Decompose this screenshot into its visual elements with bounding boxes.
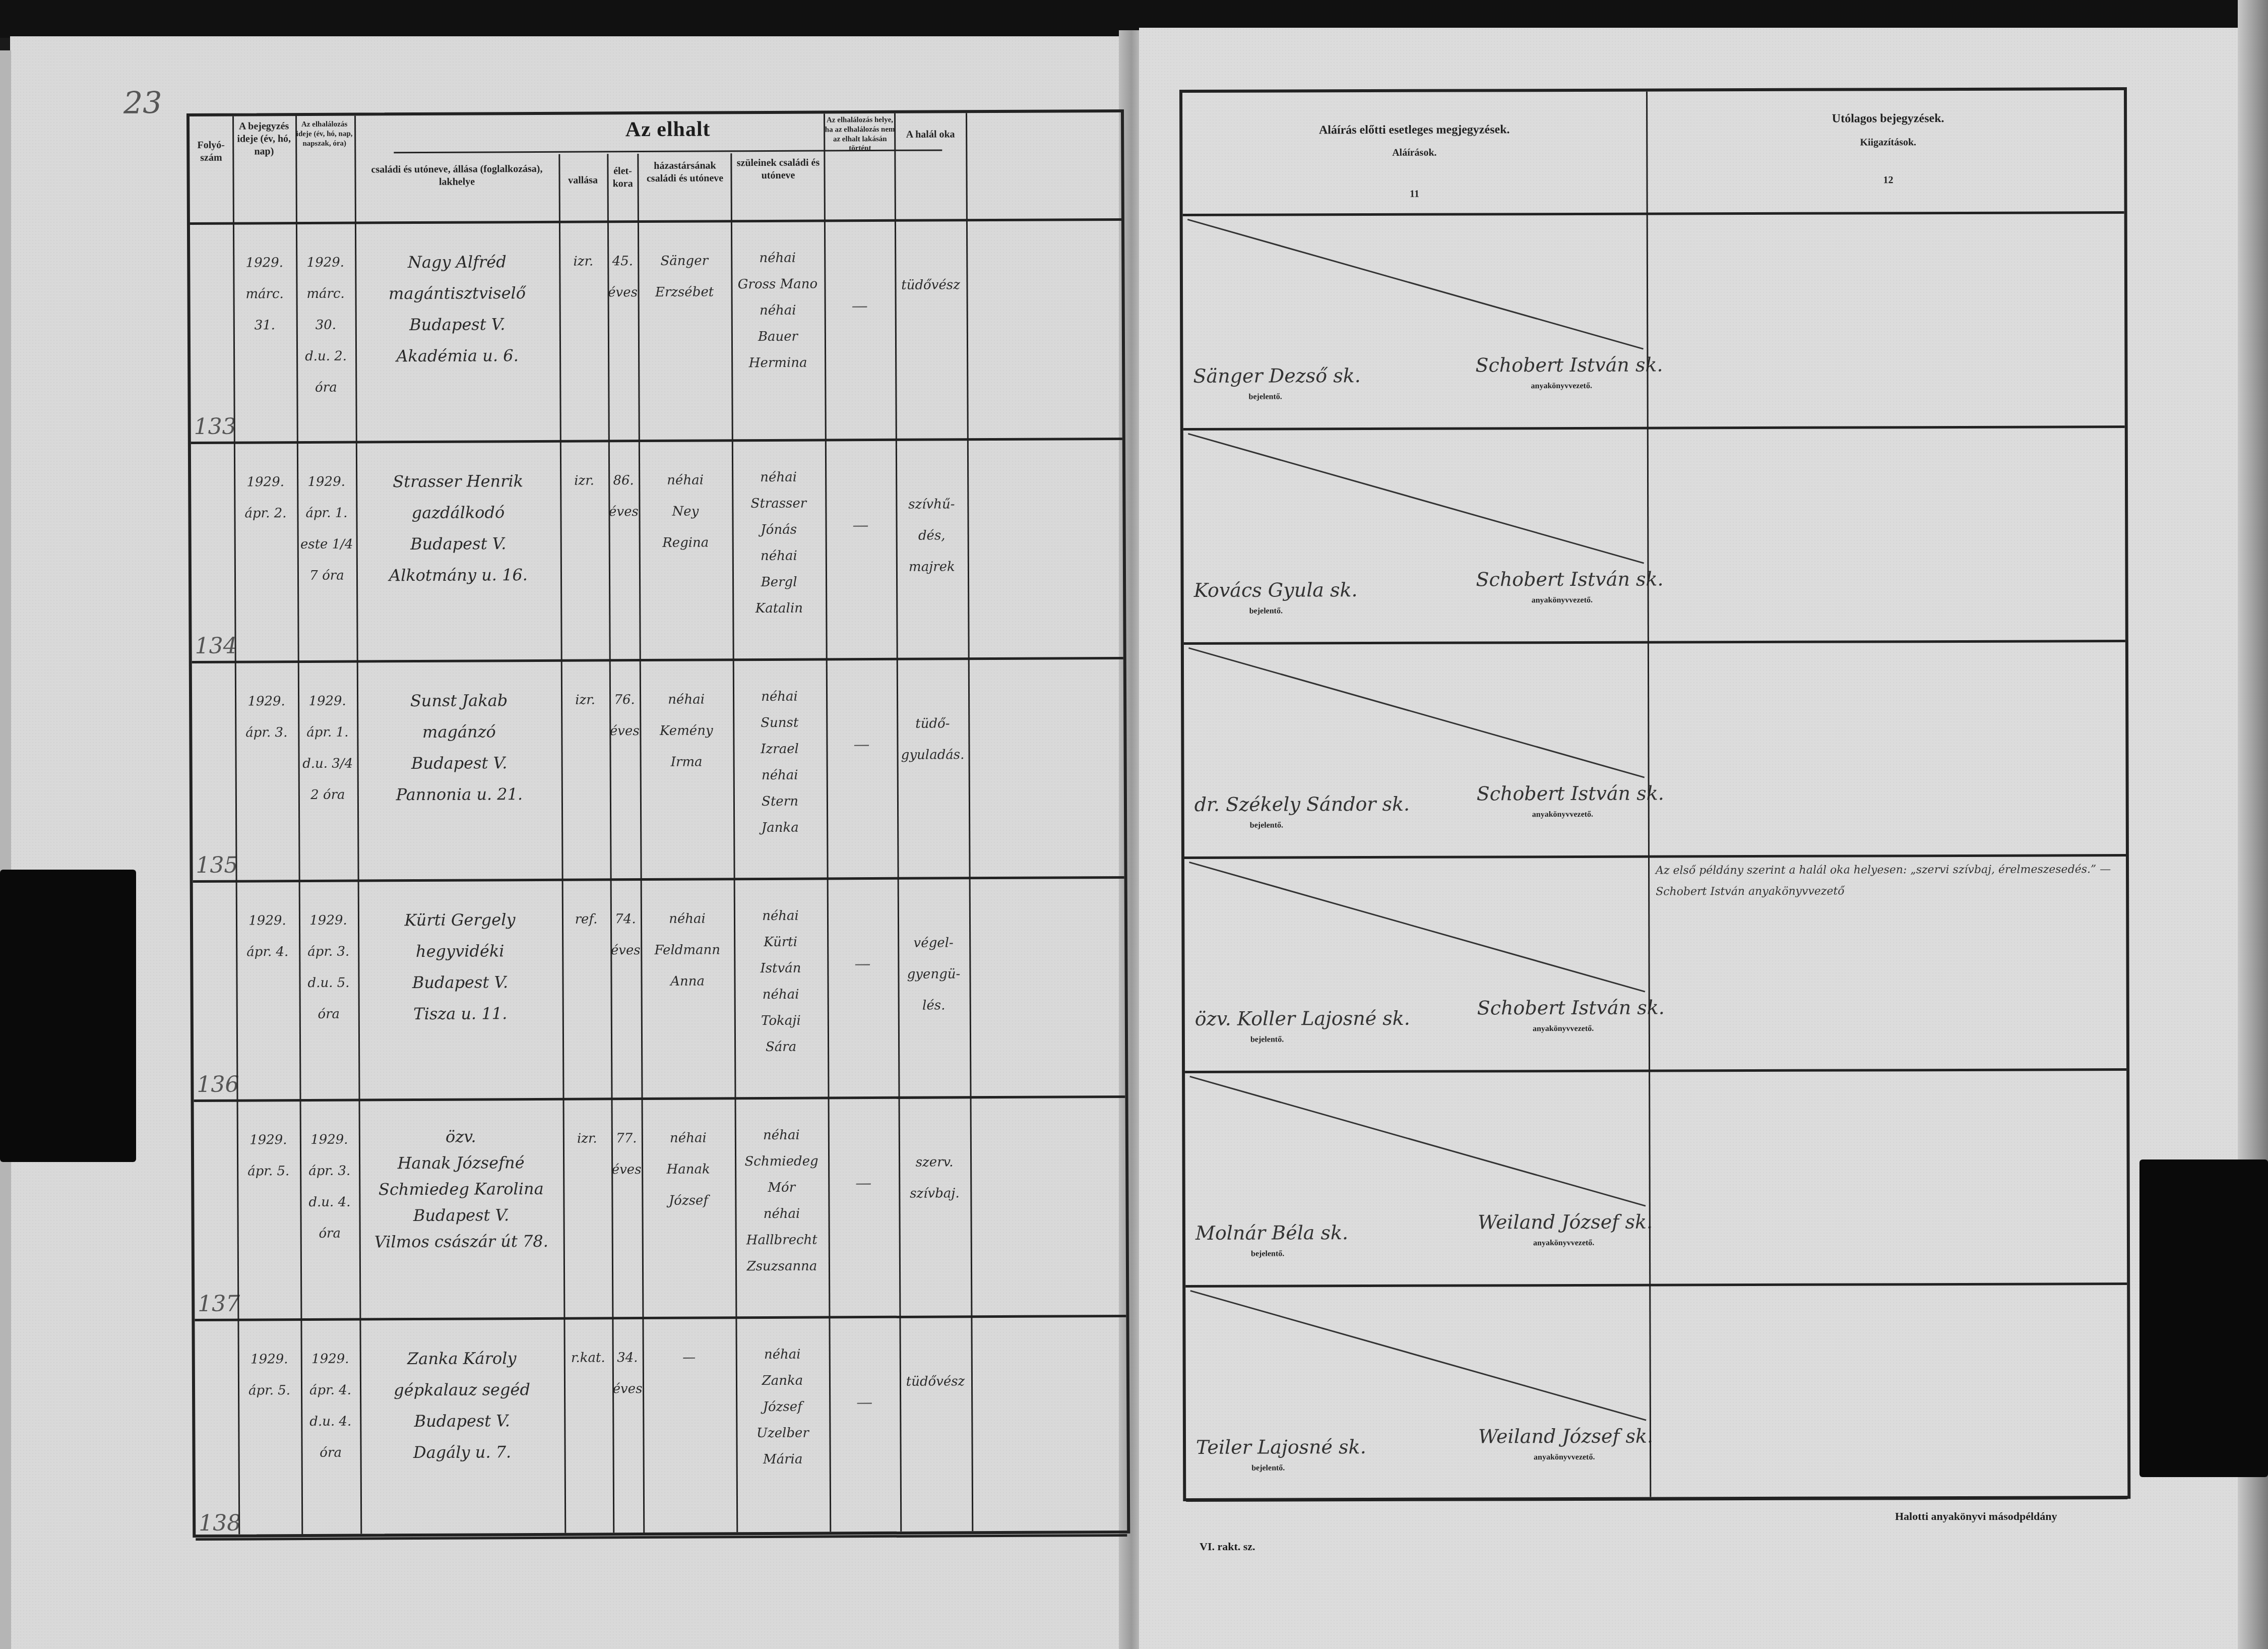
bookmark-ribbon-left [0,870,136,1162]
registrar-signature: Schobert István sk. [1477,782,1664,805]
cell-died: 1929.ápr. 3.d.u. 4.óra [300,1099,360,1319]
registrar-label: anyakönyvvezető. [1533,1239,1594,1248]
cell-parents: néhaiSunstIzraelnéhaiSternJanka [733,658,827,878]
registrar-label: anyakönyvvezető. [1532,810,1593,819]
cell-parents: néhaiKürtiIstvánnéhaiTokajiSára [734,877,828,1097]
page-number: 23 [123,86,162,121]
cell-parents: néhaiGross ManonéhaiBauerHermina [731,219,825,439]
cancellation-stroke [1188,647,1645,778]
registrar-signature: Schobert István sk. [1476,568,1663,590]
registrar-label: anyakönyvvezető. [1534,1453,1595,1462]
header-serial: Folyó-szám [190,139,232,164]
entry-serial-number: 137 [198,1291,240,1317]
cell-parents: néhaiStrasserJónásnéhaiBerglKatalin [732,439,826,658]
table-row: 1929.márc.31.1929.márc. 30.d.u. 2.óraNag… [190,218,1122,444]
cell-place-of-death: — [827,877,899,1097]
header-later-entries-sub: Kiigazítások. [1646,136,2130,150]
cell-age: 77.éves [611,1097,643,1317]
cell-registered: 1929.ápr. 4. [236,880,300,1100]
cancellation-stroke [1189,862,1645,993]
cancellation-stroke [1188,433,1644,564]
cell-deceased: özv.Hanak JózsefnéSchmiedeg KarolinaBuda… [359,1098,564,1318]
cell-died: 1929.ápr. 1.d.u. 3/42 óra [298,660,358,880]
entry-serial-number: 134 [195,633,237,659]
cell-registered: 1929.ápr. 3. [235,660,299,880]
cell-age: 76.éves [609,659,641,878]
cell-spouse: néhaiNeyRegina [639,439,733,659]
cancellation-stroke [1189,1076,1646,1207]
header-later-entries-title: Utólagos bejegyzések. [1646,110,2130,127]
later-entry-note: Az első példány szerint a halál oka hely… [1656,859,2119,902]
declarant-label: bejelentő. [1249,392,1282,401]
cell-age: 34.éves [612,1317,643,1536]
cell-age: 86.éves [608,440,640,659]
cell-registered: 1929.ápr. 2. [234,441,298,661]
registrar-signature: Weiland József sk. [1478,1425,1653,1448]
cell-registered: 1929.márc.31. [233,222,297,442]
declarant-label: bejelentő. [1251,1463,1285,1473]
signatures-table: Aláírás előtti esetleges megjegyzések. A… [1179,87,2130,1501]
cancellation-stroke [1187,219,1644,350]
cell-religion: izr. [560,440,609,659]
registrar-signature: Schobert István sk. [1475,353,1663,376]
cell-age: 74.éves [610,878,642,1097]
header-later-entries-num: 12 [1646,173,2130,188]
declarant-label: bejelentő. [1249,606,1283,616]
table-row: 1929.ápr. 4.1929.ápr. 3.d.u. 5.óraKürti … [193,876,1125,1102]
registrar-label: anyakönyvvezető. [1532,596,1593,605]
cell-deceased: Sunst JakabmagánzóBudapest V.Pannonia u.… [357,659,562,880]
cell-cause: végel-gyengü-lés. [898,877,970,1096]
header-remarks-title: Aláírás előtti esetleges megjegyzések. [1182,122,1646,138]
cell-died: 1929.ápr. 3.d.u. 5.óra [299,880,359,1100]
signature-row: Teiler Lajosné sk.bejelentő.Weiland Józs… [1185,1282,2127,1502]
header-cause: A halál oka [895,128,966,141]
declarant-label: bejelentő. [1250,821,1283,830]
declarant-signature: dr. Székely Sándor sk. [1194,793,1410,816]
cell-cause: szerv.szívbaj. [899,1096,971,1316]
book-edge-left [0,50,11,1649]
declarant-signature: Molnár Béla sk. [1195,1222,1348,1244]
entry-serial-number: 138 [199,1510,241,1536]
registrar-label: anyakönyvvezető. [1531,382,1592,391]
header-remarks-sub: Aláírások. [1182,146,1646,160]
cell-religion: r.kat. [563,1317,613,1536]
cell-parents: néhaiZankaJózsefUzelberMária [735,1316,830,1536]
death-register-table: Folyó-szám A bejegyzés ideje (év, hó, na… [186,109,1130,1538]
header-remarks-num: 11 [1183,188,1647,201]
cell-spouse: — [642,1316,736,1536]
header-parents: szüleinek családi és utóneve [731,156,825,182]
cell-cause: tüdővész [895,219,967,439]
registrar-signature: Schobert István sk. [1477,996,1665,1019]
cell-parents: néhaiSchmiedegMórnéhaiHallbrechtZsuzsann… [735,1096,829,1316]
header-registered: A bejegyzés ideje (év, hó, nap) [232,120,295,158]
cell-deceased: Nagy AlfrédmagántisztviselőBudapest V.Ak… [355,221,560,441]
registrar-signature: Weiland József sk. [1478,1211,1653,1234]
cell-deceased: Zanka Károlygépkalauz segédBudapest V.Da… [359,1317,564,1538]
declarant-signature: Sänger Dezső sk. [1193,364,1360,387]
cell-place-of-death: — [825,439,897,658]
table-row: 1929.ápr. 2.1929.ápr. 1.este 1/47 óraStr… [191,438,1123,663]
cell-deceased: Strasser HenrikgazdálkodóBudapest V.Alko… [356,440,561,660]
table-row: 1929.ápr. 3.1929.ápr. 1.d.u. 3/42 óraSun… [192,657,1124,883]
cell-registered: 1929.ápr. 5. [237,1318,301,1538]
declarant-signature: Teiler Lajosné sk. [1196,1436,1366,1458]
archive-shelf-number: VI. rakt. sz. [1200,1540,1255,1553]
cell-registered: 1929.ápr. 5. [237,1099,301,1319]
header-deceased: családi és utóneve, állása (foglalkozása… [356,163,557,189]
cell-religion: izr. [563,1097,612,1317]
cell-place-of-death: — [826,658,898,878]
signatures-header: Aláírás előtti esetleges megjegyzések. A… [1182,90,2124,216]
cell-place-of-death: — [828,1096,900,1316]
declarant-signature: özv. Koller Lajosné sk. [1195,1007,1410,1030]
cell-died: 1929.márc. 30.d.u. 2.óra [296,222,356,442]
signature-row: özv. Koller Lajosné sk.bejelentő.Schober… [1184,854,2126,1073]
register-copy-label: Halotti anyakönyvi másodpéldány [1895,1510,2057,1523]
cell-cause: szívhű-dés,majrek [896,438,968,658]
header-age: élet-kora [608,165,637,190]
cell-religion: izr. [561,659,610,878]
header-place: Az elhalálozás helye, ha az elhalálozás … [825,115,895,154]
cell-spouse: néhaiKeményIrma [640,658,734,878]
header-died: Az elhalálozás ideje (év, hó, nap, napsz… [295,120,353,149]
declarant-label: bejelentő. [1250,1035,1284,1044]
cell-died: 1929.ápr. 4.d.u. 4.óra [300,1318,360,1538]
bookmark-ribbon-right [2139,1159,2268,1477]
entry-serial-number: 136 [197,1072,239,1097]
cell-cause: tüdő-gyuladás. [897,657,969,877]
table-row: 1929.ápr. 5.1929.ápr. 4.d.u. 4.óraZanka … [195,1315,1127,1541]
cell-spouse: néhaiFeldmannAnna [641,878,735,1097]
table-header: Folyó-szám A bejegyzés ideje (év, hó, na… [190,112,1121,225]
table-row: 1929.ápr. 5.1929.ápr. 3.d.u. 4.óraözv.Ha… [194,1095,1126,1321]
cell-spouse: néhaiHanakJózsef [642,1097,736,1317]
cell-cause: tüdővész [899,1315,972,1535]
entry-serial-number: 133 [194,414,236,440]
header-religion: vallása [560,174,606,187]
cell-religion: izr. [559,220,608,440]
cancellation-stroke [1190,1290,1646,1421]
cell-died: 1929.ápr. 1.este 1/47 óra [297,441,357,661]
declarant-signature: Kovács Gyula sk. [1194,579,1358,601]
declarant-label: bejelentő. [1251,1249,1284,1258]
cell-spouse: SängerErzsébet [638,220,732,440]
signature-row: Molnár Béla sk.bejelentő.Weiland József … [1185,1068,2127,1288]
cell-deceased: Kürti GergelyhegyvidékiBudapest V.Tisza … [358,879,563,1099]
cell-age: 45.éves [607,220,639,440]
signature-row: dr. Székely Sándor sk.bejelentő.Schobert… [1184,640,2126,859]
cell-place-of-death: — [824,219,896,439]
signature-row: Sänger Dezső sk.bejelentő.Schobert Istvá… [1183,211,2125,431]
registrar-label: anyakönyvvezető. [1533,1024,1594,1033]
entry-serial-number: 135 [196,852,238,878]
signature-row: Kovács Gyula sk.bejelentő.Schobert Istvá… [1183,425,2125,645]
header-spouse: házastársának családi és utóneve [638,159,731,185]
cell-religion: ref. [562,878,611,1097]
cell-place-of-death: — [829,1316,900,1536]
